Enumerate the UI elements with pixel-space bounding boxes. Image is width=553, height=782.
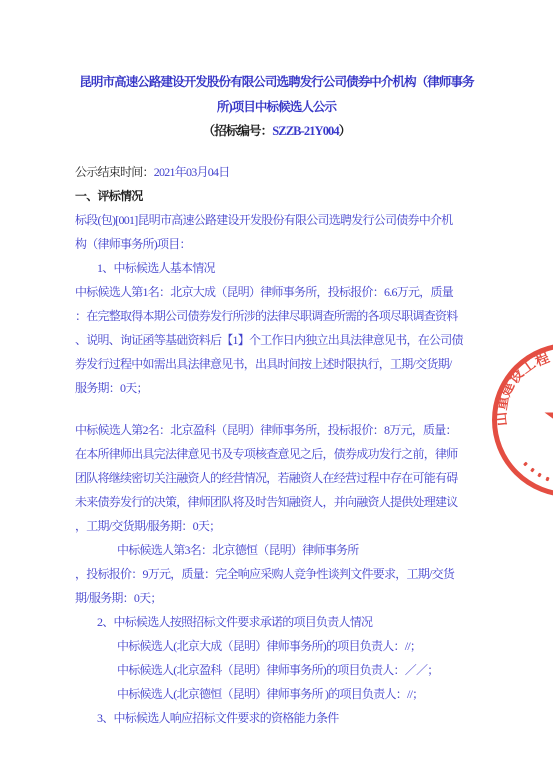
candidate-1-line: 、说明、询证函等基础资料后【1】个工作日内独立出具法律意见书，在公司债 bbox=[75, 328, 495, 352]
candidate-1-line: 券发行过程中如需出具法律意见书，出具时间按上述时限执行，工期/交货期/ bbox=[75, 352, 495, 376]
official-seal: ★ 山 重 建 设 工 程 bbox=[492, 343, 553, 497]
candidate-1-line: 服务期：0天； bbox=[75, 376, 495, 400]
section-heading-evaluation: 一、评标情况 bbox=[75, 184, 495, 208]
candidate-3-line: 中标候选人第3名：北京德恒（昆明）律师事务所 bbox=[75, 538, 495, 562]
publicity-end-date: 2021年03月04日 bbox=[154, 165, 230, 179]
candidate-1-line: ：在完整取得本期公司债券发行所涉的法律尽职调查所需的各项尽职调查资料 bbox=[75, 304, 495, 328]
project-leader-line: 中标候选人(北京德恒（昆明）律师事务所 )的项目负责人：//； bbox=[75, 682, 495, 706]
candidate-2-line: 团队将继续密切关注融资人的经营情况，若融资人在经营过程中存在可能有碍 bbox=[75, 466, 495, 490]
document-body: 公示结束时间：2021年03月04日 一、评标情况 标段(包)[001]昆明市高… bbox=[75, 160, 495, 730]
candidate-3-line: 期/服务期：0天； bbox=[75, 586, 495, 610]
project-leader-line: 中标候选人(北京盈科（昆明）律师事务所)的项目负责人：／／； bbox=[75, 658, 495, 682]
candidate-2-line: 在本所律师出具完法律意见书及专项核查意见之后，债券成功发行之前，律师 bbox=[75, 442, 495, 466]
project-leader-line: 中标候选人(北京大成（昆明）律师事务所)的项目负责人：//； bbox=[75, 634, 495, 658]
subsection-3-heading: 3、中标候选人响应招标文件要求的资格能力条件 bbox=[75, 706, 495, 730]
tender-number-line: （招标编号：SZZB-21Y004） bbox=[0, 119, 553, 144]
lot-line: 标段(包)[001]昆明市高速公路建设开发股份有限公司选聘发行公司债券中介机 bbox=[75, 208, 495, 232]
tender-number-prefix: （招标编号： bbox=[203, 124, 273, 138]
subsection-2-heading: 2、中标候选人按照招标文件要求承诺的项目负责人情况 bbox=[75, 610, 495, 634]
publicity-end-label: 公示结束时间： bbox=[75, 165, 154, 179]
candidate-2-line: 未来债券发行的决策，律师团队将及时告知融资人，并向融资人提供处理建议 bbox=[75, 490, 495, 514]
document-title: 昆明市高速公路建设开发股份有限公司选聘发行公司债券中介机构（律师事务 所)项目中… bbox=[0, 70, 553, 144]
title-line-2: 所)项目中标候选人公示 bbox=[0, 95, 553, 120]
lot-line: 构（律师事务所)项目： bbox=[75, 232, 495, 256]
tender-number-suffix: ） bbox=[339, 124, 351, 138]
candidate-2-line: ，工期/交货期/服务期：0天； bbox=[75, 514, 495, 538]
document-page: 昆明市高速公路建设开发股份有限公司选聘发行公司债券中介机构（律师事务 所)项目中… bbox=[0, 0, 553, 782]
subsection-1-heading: 1、中标候选人基本情况 bbox=[75, 256, 495, 280]
seal-arc-char: 山 bbox=[490, 411, 511, 427]
star-icon: ★ bbox=[540, 388, 553, 452]
candidate-3-line: ，投标报价：9万元，质量：完全响应采购人竞争性谈判文件要求，工期/交货 bbox=[75, 562, 495, 586]
candidate-2-line: 中标候选人第2名：北京盈科（昆明）律师事务所，投标报价：8万元，质量： bbox=[75, 418, 495, 442]
publicity-end-time: 公示结束时间：2021年03月04日 bbox=[75, 160, 495, 184]
title-line-1: 昆明市高速公路建设开发股份有限公司选聘发行公司债券中介机构（律师事务 bbox=[0, 70, 553, 95]
candidate-1-line: 中标候选人第1名：北京大成（昆明）律师事务所，投标报价：6.6万元，质量 bbox=[75, 280, 495, 304]
tender-number-value: SZZB-21Y004 bbox=[272, 124, 339, 138]
